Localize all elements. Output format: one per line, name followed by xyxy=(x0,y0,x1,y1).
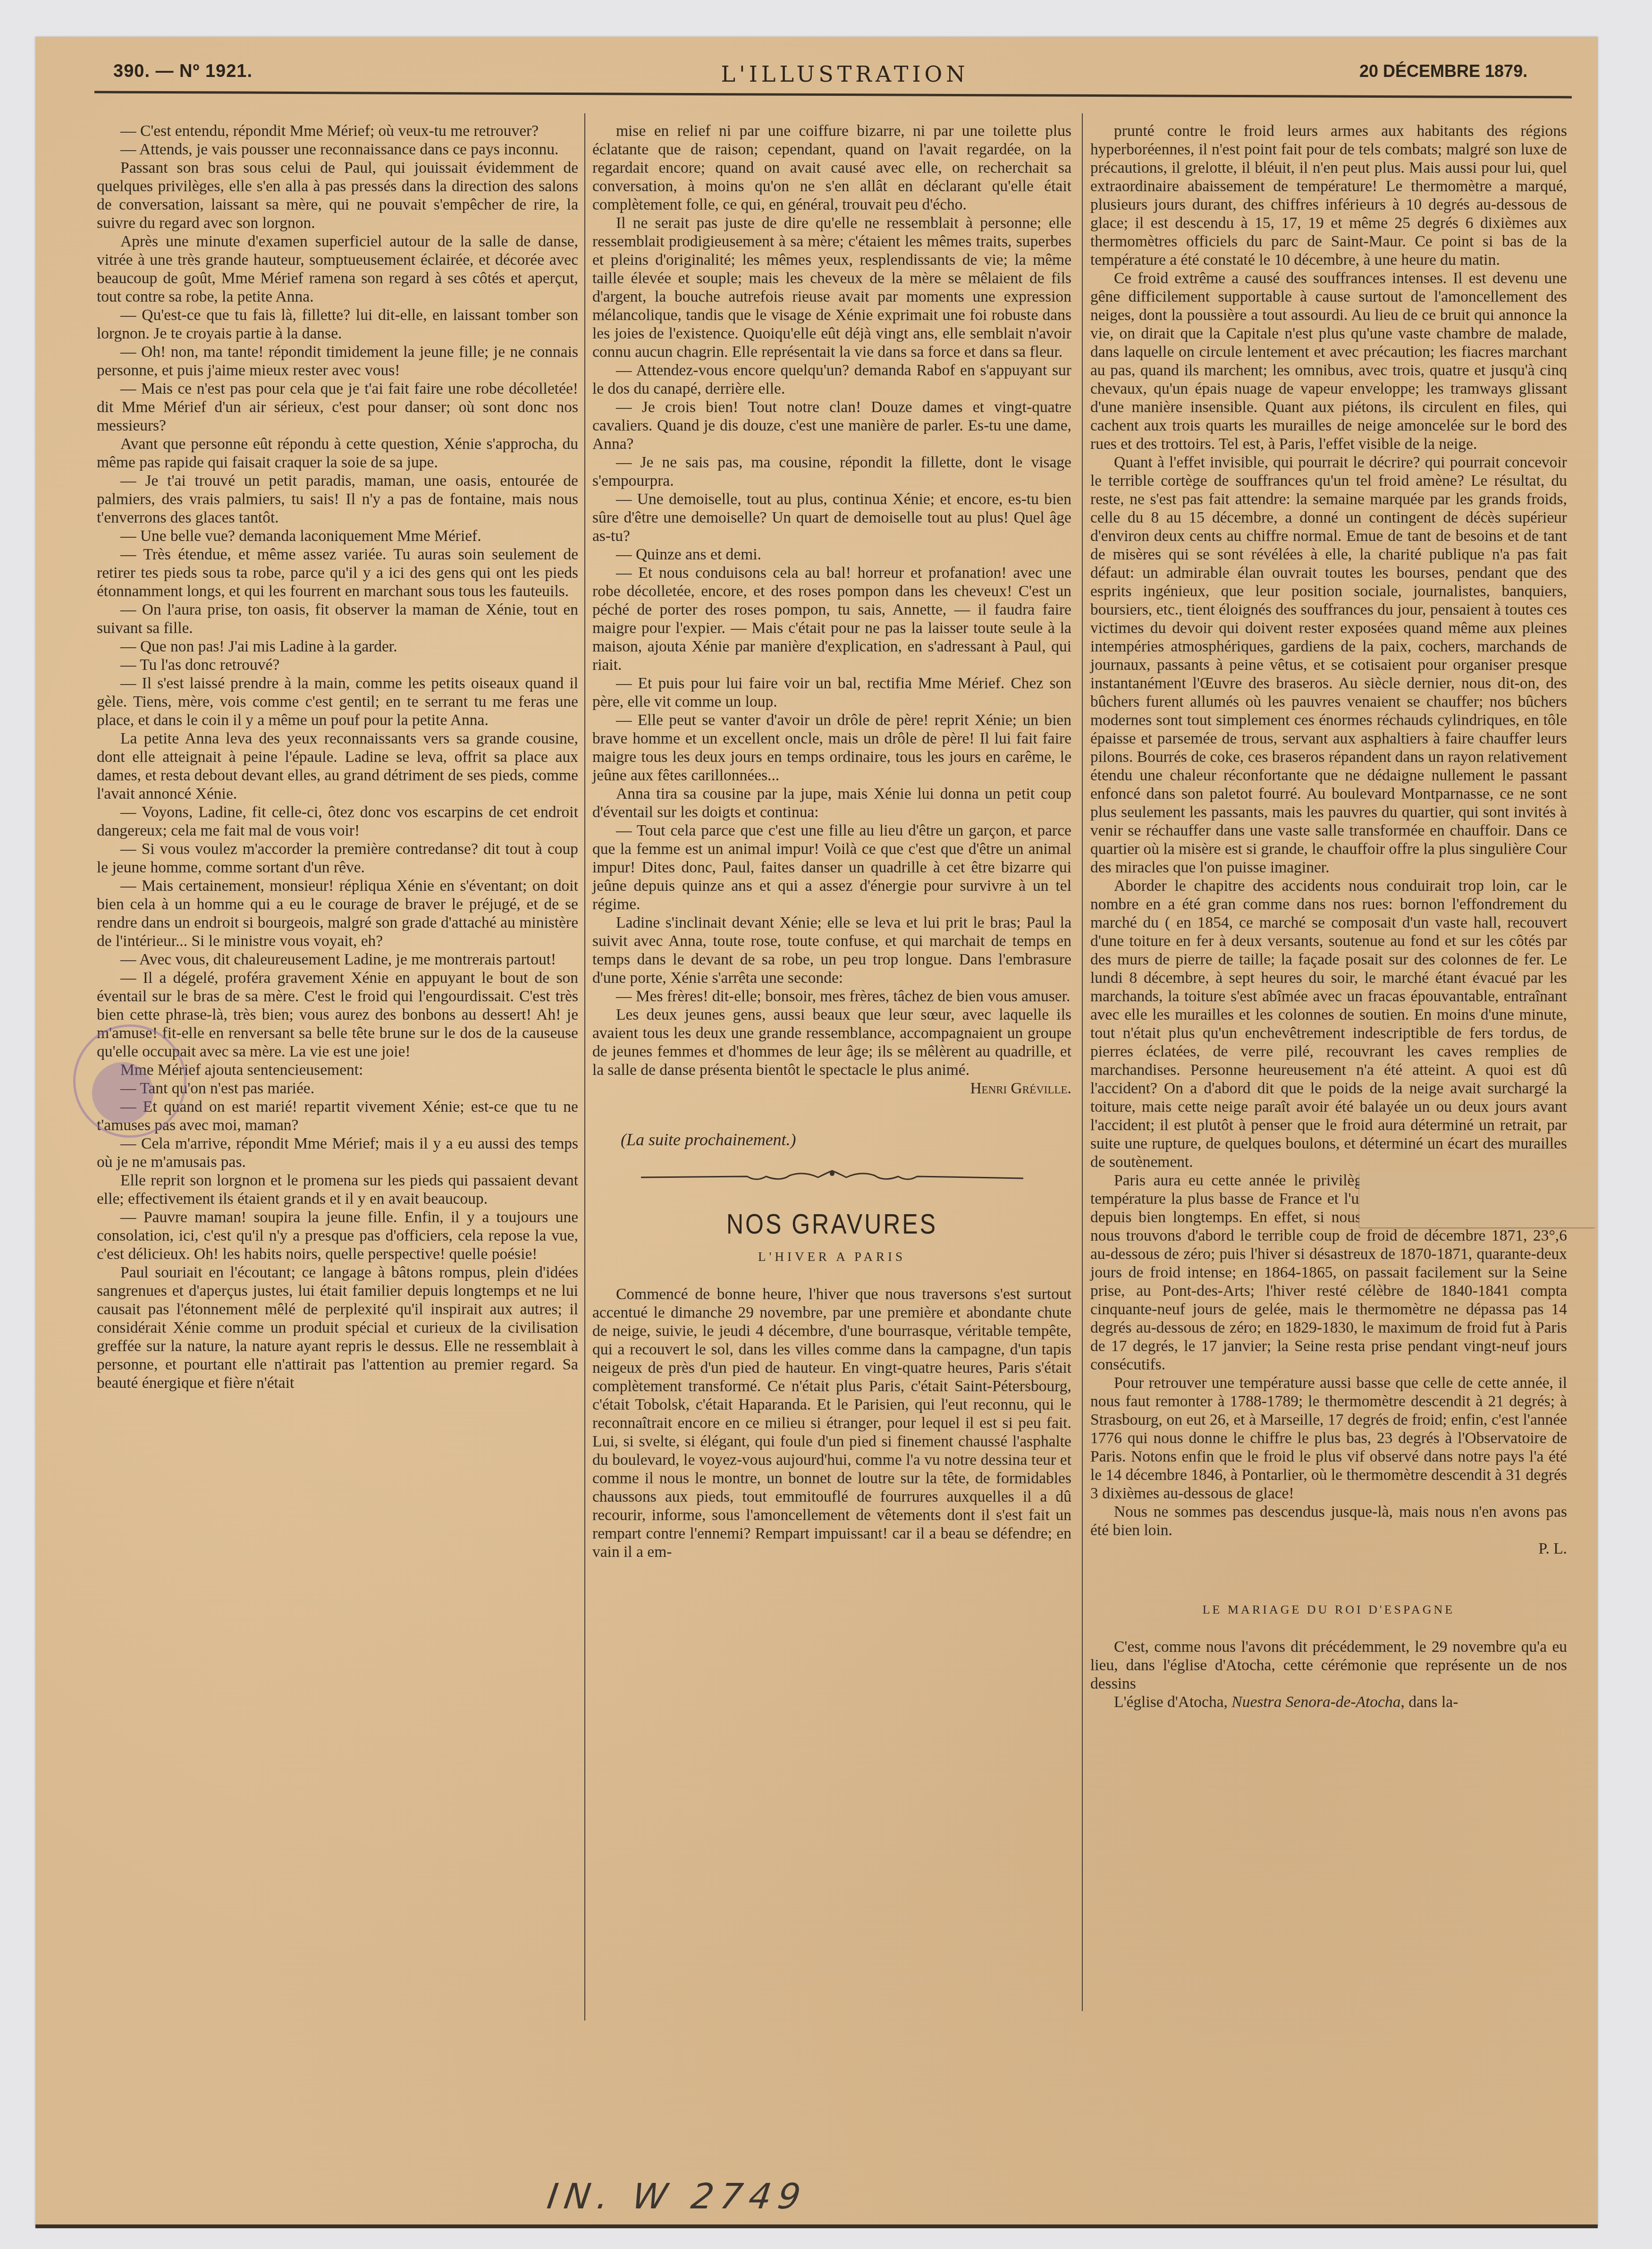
library-stamp-center xyxy=(92,1062,153,1124)
paragraph: La petite Anna leva des yeux reconnaissa… xyxy=(97,729,578,803)
column-divider xyxy=(584,113,585,2021)
church-name: Nuestra Senora-de-Atocha xyxy=(1231,1693,1400,1711)
paragraph: — Qu'est-ce que tu fais là, fillette? lu… xyxy=(97,306,578,343)
paragraph: — Si vous voulez m'accorder la première … xyxy=(97,840,578,877)
paragraph: — Tu l'as donc retrouvé? xyxy=(97,656,578,674)
paragraph: C'est, comme nous l'avons dit précédemme… xyxy=(1090,1638,1567,1693)
last-line-text: L'église d'Atocha, xyxy=(1114,1693,1231,1711)
paragraph: — Je ne sais pas, ma cousine, répondit l… xyxy=(592,453,1071,490)
paragraph: — On l'aura prise, ton oasis, fit observ… xyxy=(97,600,578,637)
paragraph: Paul souriait en l'écoutant; ce langage … xyxy=(97,1263,578,1392)
issue-date: 20 DÉCEMBRE 1879. xyxy=(1359,61,1527,90)
paragraph: Passant son bras sous celui de Paul, qui… xyxy=(97,159,578,232)
section-title: NOS GRAVURES xyxy=(592,1213,1071,1235)
paragraph: — Très étendue, et même assez variée. Tu… xyxy=(97,545,578,600)
paragraph: — Avec vous, dit chaleureusement Ladine,… xyxy=(97,950,578,969)
paragraph: Quant à l'effet invisible, qui pourrait … xyxy=(1090,453,1567,877)
article-last-line: L'église d'Atocha, Nuestra Senora-de-Ato… xyxy=(1090,1693,1567,1711)
paragraph: — Une demoiselle, tout au plus, continua… xyxy=(592,490,1071,545)
paragraph: Pour retrouver une température aussi bas… xyxy=(1090,1374,1567,1503)
paragraph: Commencé de bonne heure, l'hiver que nou… xyxy=(592,1285,1071,1561)
paragraph: — Tout cela parce que c'est une fille au… xyxy=(592,821,1071,913)
handwritten-reference: IN. W 2749 xyxy=(545,2176,809,2217)
paragraph: — Quinze ans et demi. xyxy=(592,545,1071,564)
paragraph: mise en relief ni par une coiffure bizar… xyxy=(592,122,1071,214)
column-3: prunté contre le froid leurs armes aux h… xyxy=(1090,122,1567,1711)
column-1: — C'est entendu, répondit Mme Mérief; où… xyxy=(97,122,578,1392)
page-number-issue: 390. — Nº 1921. xyxy=(113,61,253,90)
article-signature: P. L. xyxy=(1090,1539,1567,1558)
subsection-title: LE MARIAGE DU ROI D'ESPAGNE xyxy=(1090,1600,1567,1619)
paragraph: — C'est entendu, répondit Mme Mérief; où… xyxy=(97,122,578,140)
column-2: mise en relief ni par une coiffure bizar… xyxy=(592,122,1071,1561)
article-hiver-continued: prunté contre le froid leurs armes aux h… xyxy=(1090,122,1567,1539)
folded-paper-tear xyxy=(1359,1171,1595,1227)
paragraph: — Mes frères! dit-elle; bonsoir, mes frè… xyxy=(592,987,1071,1006)
last-line-suffix: , dans la- xyxy=(1401,1693,1458,1711)
paragraph: Après une minute d'examen superficiel au… xyxy=(97,232,578,306)
ornament-divider-icon xyxy=(639,1168,1026,1187)
paragraph: — Mais ce n'est pas pour cela que je t'a… xyxy=(97,380,578,435)
section-subtitle: L'HIVER A PARIS xyxy=(592,1248,1071,1266)
paragraph: — Elle peut se vanter d'avoir un drôle d… xyxy=(592,711,1071,785)
paragraph: — Il s'est laissé prendre à la main, com… xyxy=(97,674,578,729)
paragraph: Elle reprit son lorgnon et le promena su… xyxy=(97,1171,578,1208)
article-hiver-a-paris: Commencé de bonne heure, l'hiver que nou… xyxy=(592,1285,1071,1561)
paragraph: Il ne serait pas juste de dire qu'elle n… xyxy=(592,214,1071,361)
paragraph: — Attends, je vais pousser une reconnais… xyxy=(97,140,578,159)
paragraph: Les deux jeunes gens, aussi beaux que le… xyxy=(592,1006,1071,1079)
paragraph: Ce froid extrême a causé des souffrances… xyxy=(1090,269,1567,453)
author-signature: Henri Gréville. xyxy=(592,1079,1071,1098)
paragraph: — Oh! non, ma tante! répondit timidement… xyxy=(97,343,578,380)
paragraph: — Je crois bien! Tout notre clan! Douze … xyxy=(592,398,1071,453)
paragraph: — Et puis pour lui faire voir un bal, re… xyxy=(592,674,1071,711)
paragraph: Avant que personne eût répondu à cette q… xyxy=(97,435,578,472)
paragraph: — Et nous conduisons cela au bal! horreu… xyxy=(592,564,1071,674)
paragraph: — Pauvre maman! soupira la jeune fille. … xyxy=(97,1208,578,1263)
paragraph: Ladine s'inclinait devant Xénie; elle se… xyxy=(592,913,1071,987)
paragraph: — Je t'ai trouvé un petit paradis, maman… xyxy=(97,472,578,527)
page-bottom-edge xyxy=(35,2224,1598,2228)
paragraph: Anna tira sa cousine par la jupe, mais X… xyxy=(592,785,1071,821)
article-mariage: C'est, comme nous l'avons dit précédemme… xyxy=(1090,1638,1567,1693)
novel-continuation: mise en relief ni par une coiffure bizar… xyxy=(592,122,1071,1079)
paragraph: — Attendez-vous encore quelqu'un? demand… xyxy=(592,361,1071,398)
paragraph: — Cela m'arrive, répondit Mme Mérief; ma… xyxy=(97,1134,578,1171)
masthead-title: L'ILLUSTRATION xyxy=(703,61,986,90)
column-divider xyxy=(1082,113,1083,2011)
paragraph: — Voyons, Ladine, fit celle-ci, ôtez don… xyxy=(97,803,578,840)
paragraph: — Que non pas! J'ai mis Ladine à la gard… xyxy=(97,637,578,656)
paragraph: — Une belle vue? demanda laconiquement M… xyxy=(97,527,578,545)
paragraph: prunté contre le froid leurs armes aux h… xyxy=(1090,122,1567,269)
paragraph: — Mais certainement, monsieur! répliqua … xyxy=(97,877,578,950)
paragraph: Nous ne sommes pas descendus jusque-là, … xyxy=(1090,1503,1567,1539)
paragraph: Aborder le chapitre des accidents nous c… xyxy=(1090,877,1567,1171)
continuation-note: (La suite prochainement.) xyxy=(621,1131,1071,1149)
